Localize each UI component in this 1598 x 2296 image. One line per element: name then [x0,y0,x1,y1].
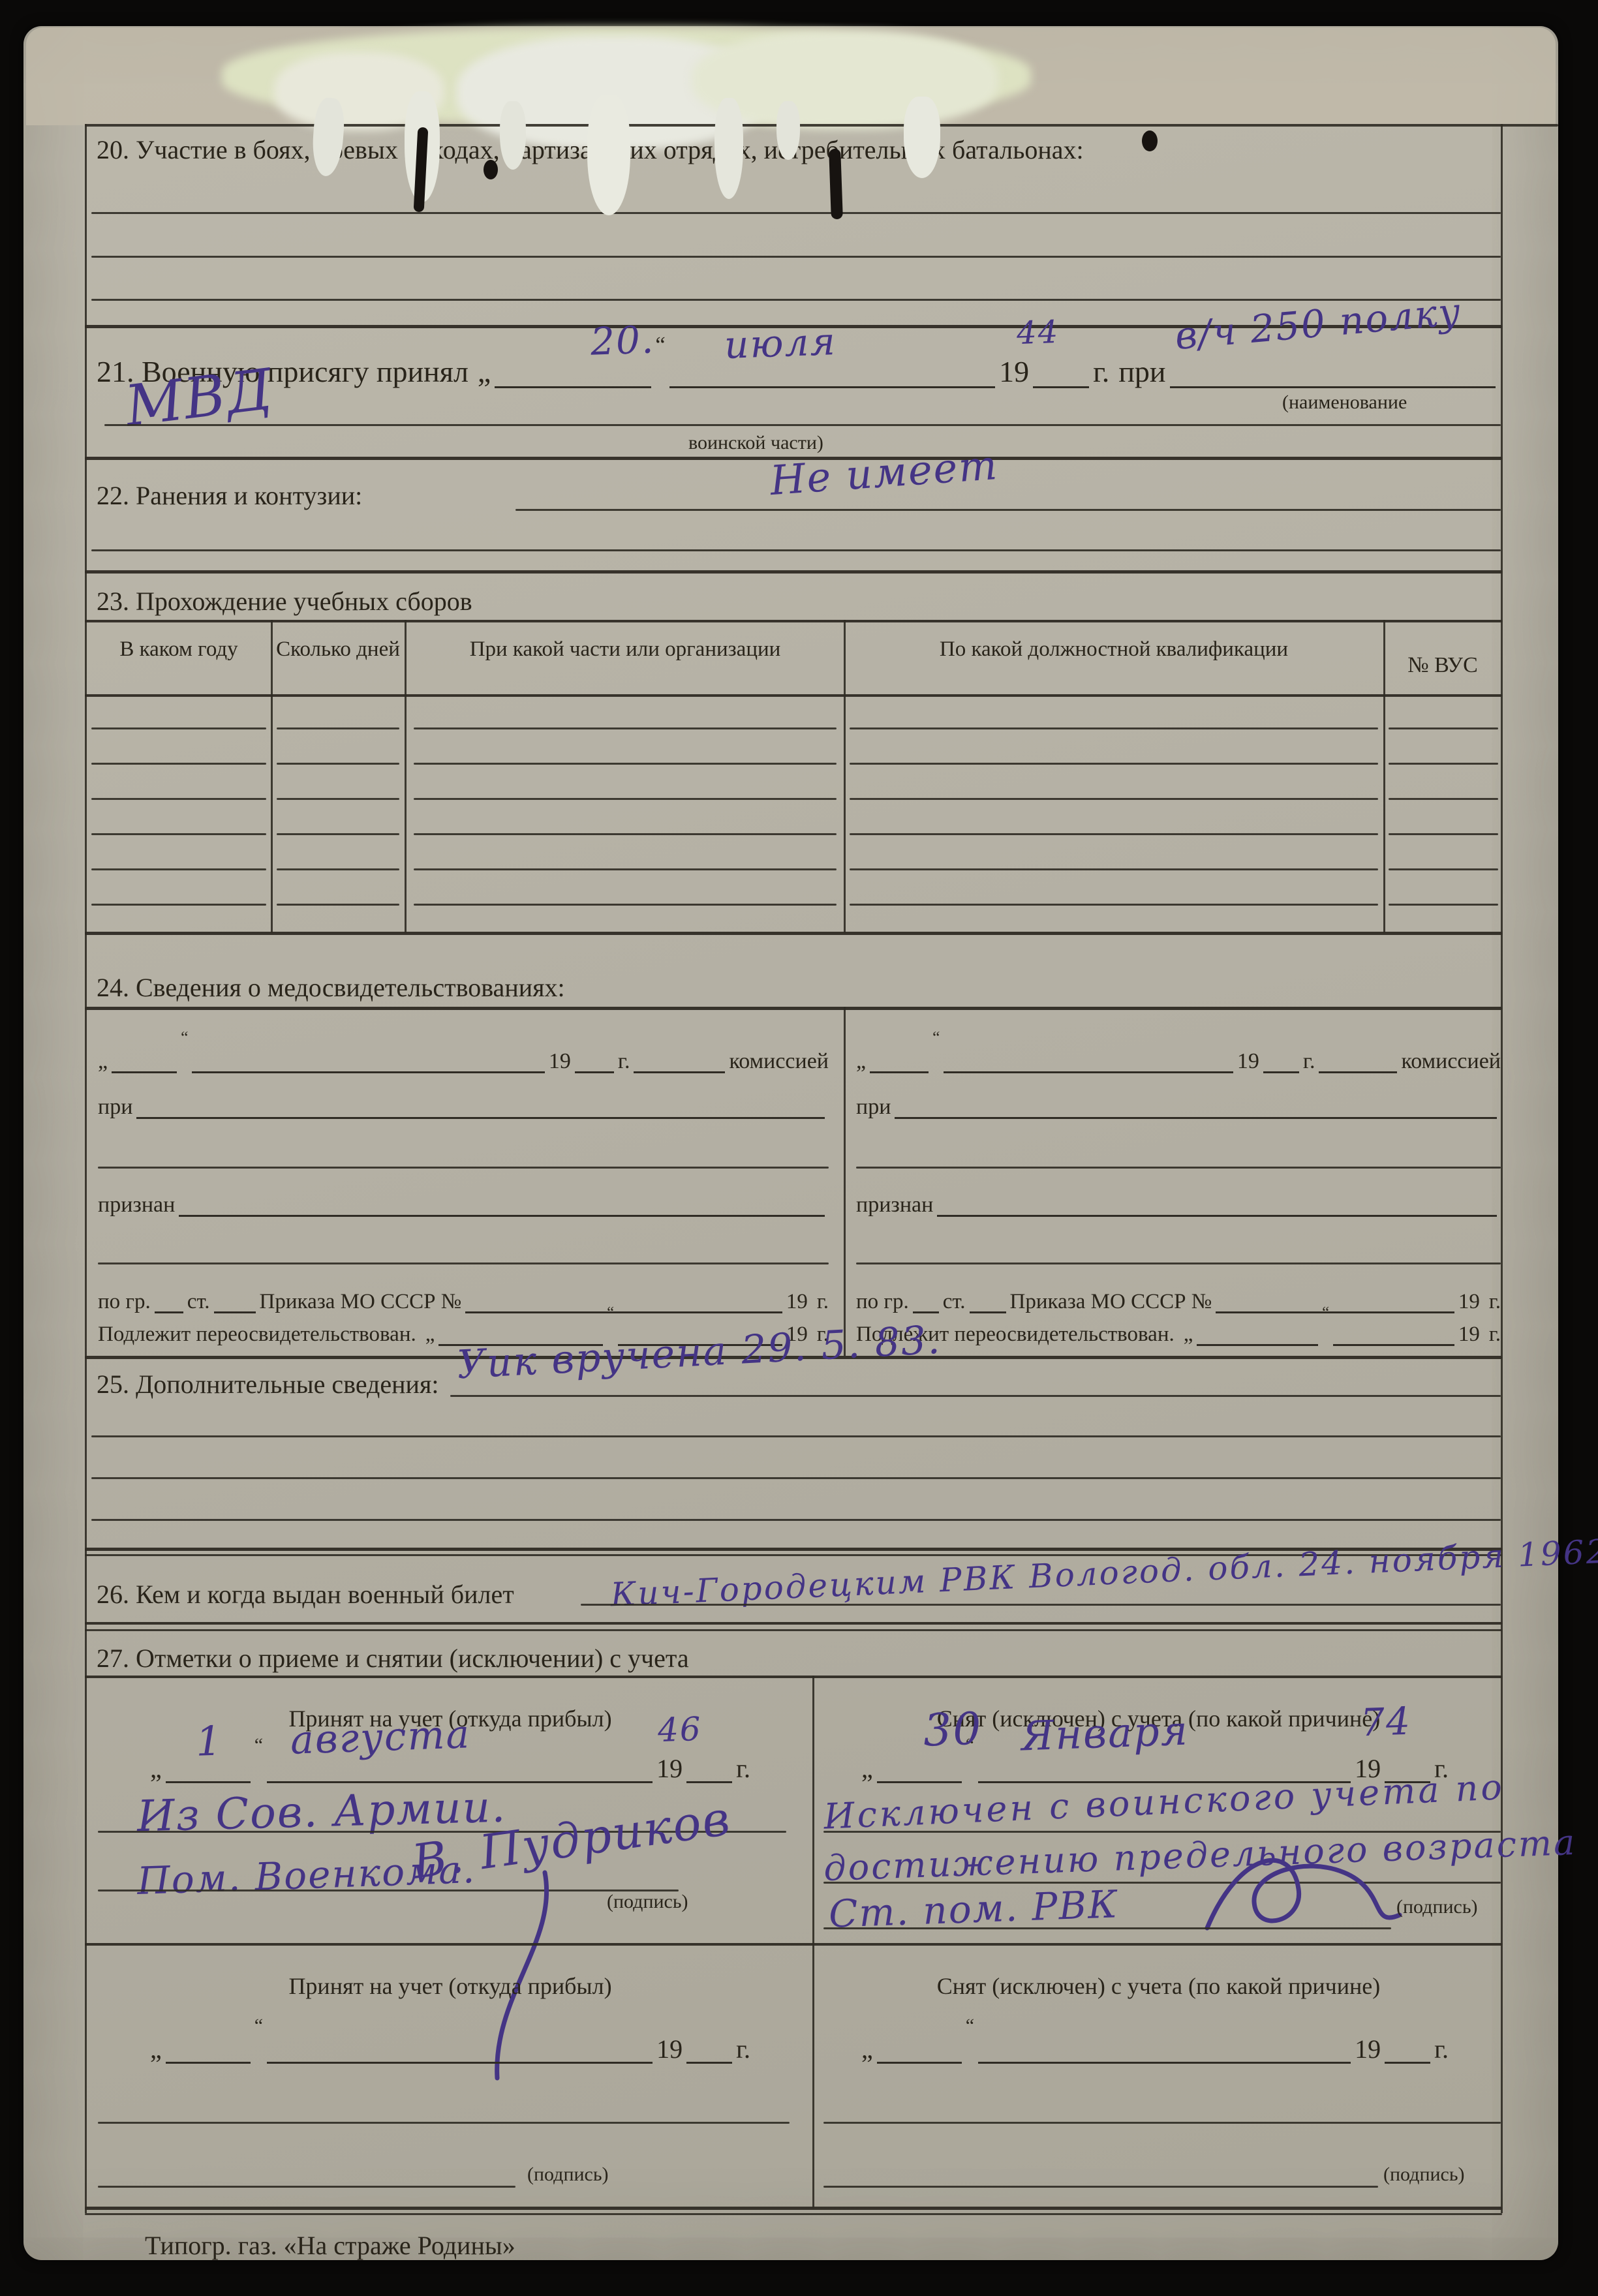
table-row-line [850,833,1378,835]
registration-center-divider [812,1676,814,2208]
fill-line [944,1071,1233,1073]
table-row-line [850,904,1378,906]
table-row-line [414,798,837,800]
table-row-line [91,833,266,835]
pri-label: при [856,1095,891,1122]
table-row-line [414,868,837,870]
ruled-line [91,1477,1501,1479]
handwritten-remove-day: 30 [923,1703,983,1756]
frame-left-line [85,124,87,2213]
ruled-line [91,549,1501,551]
fill-line [495,386,651,388]
fill-line [155,1311,183,1313]
ruled-line [91,1435,1501,1437]
year-suffix: г. [1093,354,1109,391]
section-divider-line [85,1676,1502,1678]
fill-line [937,1215,1497,1217]
open-quote: „ [425,1323,435,1349]
ruled-line [91,299,1501,301]
podpis-label: (подпись) [527,2164,609,2186]
fill-line [877,2062,962,2064]
medical-date-row: „ “ 19 г. комиссией [856,1041,1501,1077]
table-row-line [277,798,399,800]
year-suffix: г. [1489,1323,1501,1349]
voinskoy-chasti-label: воинской части) [688,432,823,454]
table-bottom-line [85,932,1502,935]
fill-line [179,1215,825,1217]
handwritten-accept-year: 46 [657,1710,703,1749]
year-prefix: 19 [549,1049,571,1077]
ink-blot [829,149,843,220]
table-row-line [850,727,1378,729]
medical-priznan-row: признан [856,1184,1501,1220]
close-quote: “ [607,1304,614,1322]
close-quote: “ [254,1734,263,1756]
podpis-label: (подпись) [607,1891,688,1913]
damage-drip [714,98,743,199]
year-prefix: 19 [1237,1049,1259,1077]
fill-line [978,2062,1351,2064]
priznan-label: признан [856,1193,933,1220]
handwritten-oath-day: 20. [590,317,656,363]
year-prefix: 19 [1458,1323,1480,1349]
open-quote: „ [478,354,491,391]
damage-drip [587,95,630,215]
handwritten-accept-month: августа [290,1711,471,1764]
year-suffix: г. [1303,1049,1315,1077]
handwritten-remove-month: Января [1021,1707,1190,1760]
table-row-line [91,727,266,729]
fill-line [136,1117,825,1119]
table-row-line [277,763,399,765]
ruled-line [91,212,1501,214]
ruled-line [98,2186,515,2188]
field-26-label: 26. Кем и когда выдан военный билет [97,1579,514,1610]
signature-flourish [1194,1837,1416,1948]
year-suffix: г. [618,1049,630,1077]
fill-line [192,1071,544,1073]
table-row-line [1389,763,1498,765]
scanned-military-record-page: 20. Участие в боях, боевых походах, парт… [0,0,1598,2296]
year-suffix: г. [736,2034,750,2067]
open-quote: „ [150,2034,162,2067]
accepted-header: Принят на учет (откуда прибыл) [104,1969,796,2003]
year-prefix: 19 [786,1290,808,1317]
field-22-label: 22. Ранения и контузии: [97,480,362,511]
fill-line [267,2062,653,2064]
prikaz-label: Приказа МО СССР № [1010,1290,1212,1317]
medical-pri-row: при [98,1086,829,1122]
naimenovanie-label: (наименование [1282,391,1407,414]
table-row-line [1389,833,1498,835]
open-quote: „ [861,1753,873,1786]
fill-line [895,1117,1497,1119]
table-row-line [277,833,399,835]
table-row-line [850,763,1378,765]
st-label: ст. [943,1290,966,1317]
field-24-label: 24. Сведения о медосвидетельствованиях: [97,972,565,1003]
fill-line [877,1781,962,1783]
medical-reexam-row: Подлежит переосвидетельствован. „ “ 19 г… [856,1317,1501,1349]
field-21-pri: при [1118,354,1165,391]
fill-line [1319,1071,1397,1073]
table-row-line [1389,868,1498,870]
table-row-line [277,904,399,906]
fill-line [669,386,995,388]
table-header-days: Сколько дней [273,634,403,666]
table-header-vus: № ВУС [1386,649,1499,681]
removed-header: Снят (исключен) с учета (по какой причин… [821,1969,1496,2003]
fill-line [450,1395,1501,1397]
table-row-line [91,763,266,765]
section-divider-line [85,1622,1502,1625]
open-quote: „ [150,1753,162,1786]
year-prefix: 19 [1458,1290,1480,1317]
open-quote: „ [861,2034,873,2067]
open-quote: „ [1184,1323,1193,1349]
field-25-label: 25. Дополнительные сведения: [97,1369,438,1400]
fill-line [515,509,1501,511]
table-row-line [1389,798,1498,800]
section-divider-line [85,570,1502,574]
table-top-line [85,620,1502,622]
typography-footer: Типогр. газ. «На страже Родины» [145,2230,515,2261]
ruled-line [856,1167,1501,1169]
frame-bottom-line [85,2213,1502,2215]
table-row-line [1389,904,1498,906]
ruled-line [98,1263,829,1264]
frame-bottom-line [85,2207,1502,2210]
ruled-line [856,1263,1501,1264]
fill-line [112,1071,177,1073]
open-quote: „ [856,1049,866,1077]
year-suffix: г. [817,1290,829,1317]
year-prefix: 19 [999,354,1029,391]
damage-drip [500,101,526,170]
frame-top-line [85,124,1558,127]
close-quote: “ [966,2015,974,2037]
year-suffix: г. [1434,2034,1449,2067]
ruled-line [98,1890,679,1891]
damage-drip [904,97,940,178]
ruled-line [91,1519,1501,1521]
medical-prikaz-row: по гр. ст. Приказа МО СССР № 19 г. [98,1284,829,1317]
close-quote: “ [932,1028,940,1047]
year-prefix: 19 [656,1753,683,1786]
table-row-line [91,798,266,800]
year-prefix: 19 [1355,2034,1381,2067]
prikaz-label: Приказа МО СССР № [260,1290,462,1317]
ruled-line [823,1927,1391,1929]
priznan-label: признан [98,1193,175,1220]
pri-label: при [98,1095,132,1122]
frame-right-line [1501,124,1503,2213]
fill-line [1263,1071,1299,1073]
fill-line [581,1604,1501,1606]
fill-line [1033,386,1089,388]
table-row-line [277,727,399,729]
close-quote: “ [181,1028,188,1047]
fill-line [686,2062,732,2064]
close-quote: “ [254,2015,263,2037]
ruled-line [823,2186,1378,2188]
section-divider-line [85,1629,1502,1631]
table-row-line [850,798,1378,800]
po-gr-label: по гр. [856,1290,909,1317]
table-header-unit: При какой части или организации [408,634,842,666]
medical-center-divider [844,1007,846,1356]
fill-line [214,1311,256,1313]
fill-line [465,1311,782,1313]
fill-line [575,1071,614,1073]
table-column-line [844,620,846,933]
komissiey-label: комиссией [1401,1049,1501,1077]
field-27-label: 27. Отметки о приеме и снятии (исключени… [97,1643,689,1674]
open-quote: „ [98,1049,108,1077]
table-column-line [405,620,407,933]
fill-line [870,1071,929,1073]
table-row-line [1389,727,1498,729]
handwritten-oath-month: июля [724,319,837,367]
ruled-line [98,1167,829,1169]
po-gr-label: по гр. [98,1290,151,1317]
table-header-bottom-line [85,694,1502,697]
paper-hole [1142,130,1158,151]
accepted-date-row: „ “ 19 г. [150,2028,750,2067]
fill-line [913,1311,939,1313]
removed-date-row: „ “ 19 г. [861,2028,1449,2067]
fill-line [1216,1311,1454,1313]
ruled-line [91,256,1501,258]
table-column-line [1383,620,1385,933]
field-23-label: 23. Прохождение учебных сборов [97,586,472,617]
table-row-line [414,904,837,906]
podpis-label: (подпись) [1383,2164,1465,2186]
fill-line [1197,1344,1318,1346]
fill-line [970,1311,1006,1313]
fill-line [1170,386,1496,388]
year-suffix: г. [736,1753,750,1786]
komissiey-label: комиссией [729,1049,829,1077]
fill-line [634,1071,725,1073]
podpis-label: (подпись) [1396,1896,1478,1918]
close-quote: “ [655,333,665,358]
table-row-line [414,833,837,835]
fill-line [166,1781,251,1783]
table-row-line [414,763,837,765]
medical-date-row: „ “ 19 г. комиссией [98,1041,829,1077]
table-header-year: В каком году [88,634,269,666]
table-row-line [277,868,399,870]
medical-priznan-row: признан [98,1184,829,1220]
fill-line [1385,2062,1430,2064]
table-row-line [850,868,1378,870]
section-divider-line [85,1943,1502,1946]
year-suffix: г. [1489,1290,1501,1317]
medical-prikaz-row: по гр. ст. Приказа МО СССР № 19 г. [856,1284,1501,1317]
ruled-line [98,2122,790,2124]
handwritten-remove-year: 74 [1360,1699,1412,1745]
fill-line [1333,1344,1454,1346]
table-row-line [91,904,266,906]
table-header-qualification: По какой должностной квалификации [846,634,1382,666]
medical-pri-row: при [856,1086,1501,1122]
handwritten-oath-year: 44 [1016,314,1060,352]
section-divider-line [85,1007,1502,1010]
table-row-line [91,868,266,870]
table-row-line [414,727,837,729]
ruled-line [104,424,1501,426]
table-column-line [271,620,273,933]
year-prefix: 19 [656,2034,683,2067]
fill-line [166,2062,251,2064]
close-quote: “ [1322,1304,1329,1322]
ruled-line [823,2122,1501,2124]
damage-drip [776,101,800,160]
st-label: ст. [187,1290,210,1317]
handwritten-accept-day: 1 [195,1717,224,1765]
fill-line [686,1781,732,1783]
ink-blot [484,160,498,179]
podlezhit-label: Подлежит переосвидетельствован. [98,1323,416,1349]
